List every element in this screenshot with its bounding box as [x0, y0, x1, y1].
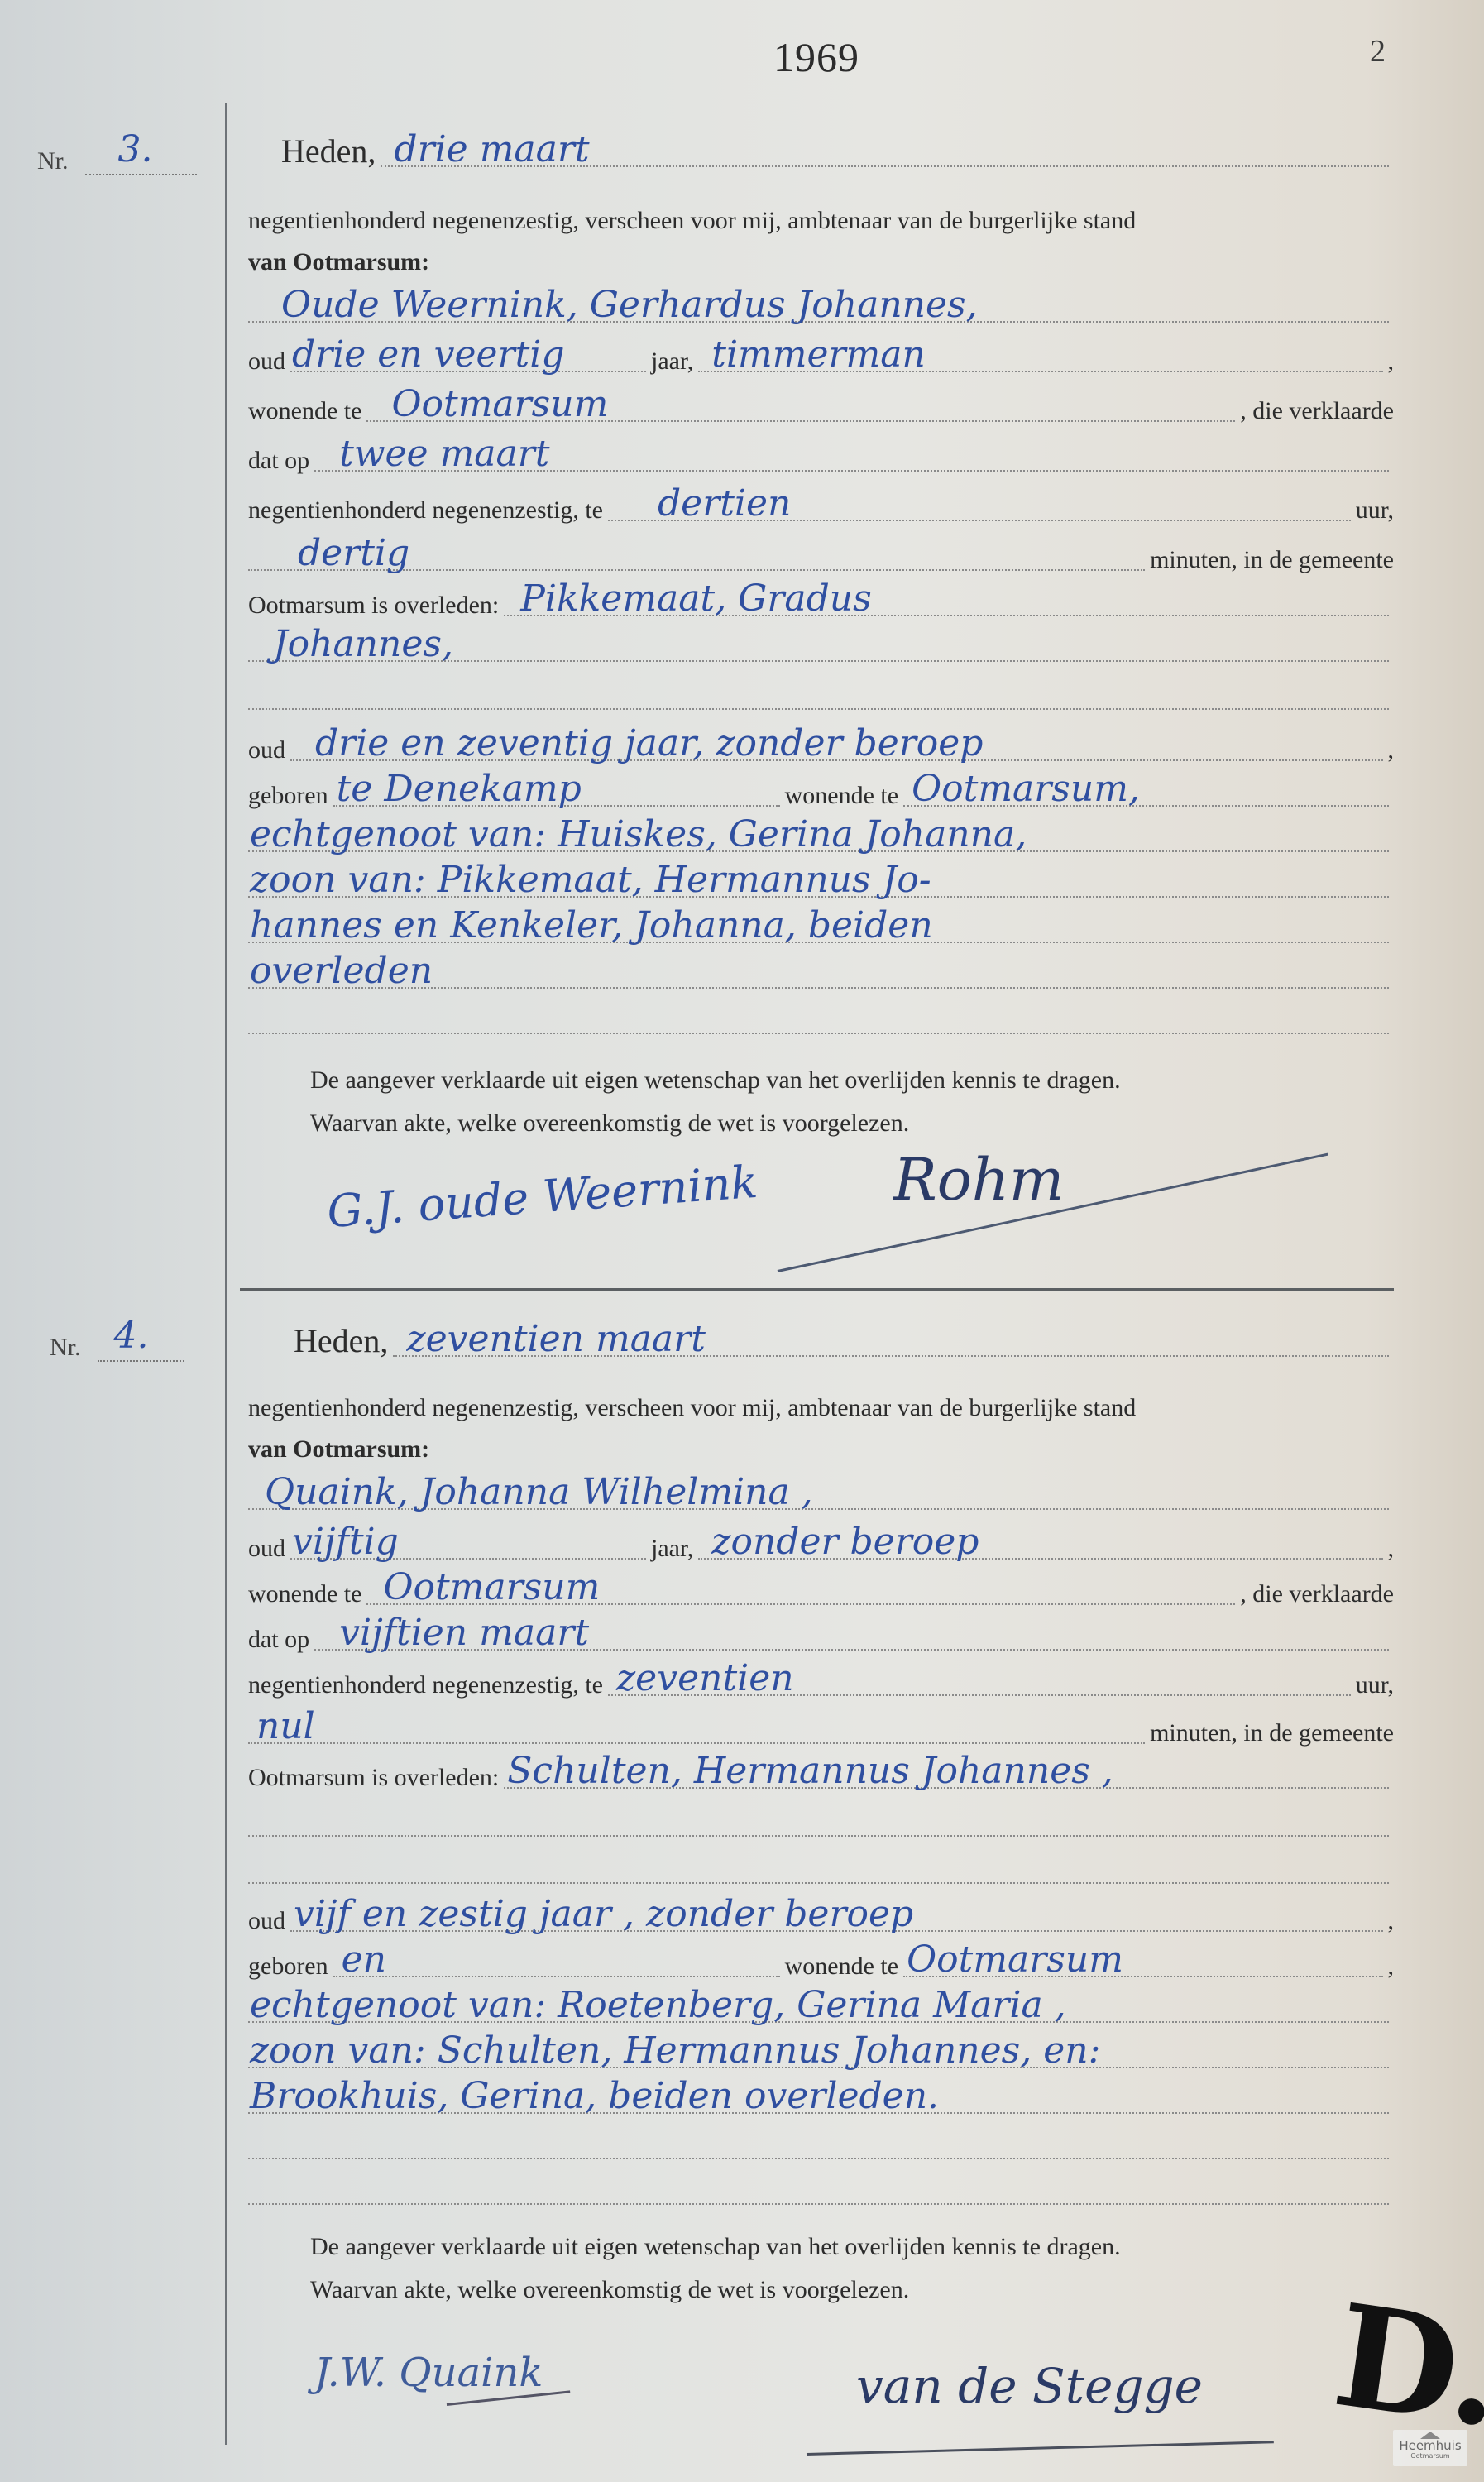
deceased-row-2: Johannes, — [248, 629, 1394, 670]
deceased-age-occupation: drie en zeventig jaar, zonder beroep — [315, 722, 983, 764]
municipality-row: van Ootmarsum: — [248, 240, 1394, 281]
death-date: twee maart — [339, 433, 549, 475]
death-date: vijftien maart — [339, 1612, 589, 1654]
year-text: negentienhonderd negenenzestig, te — [248, 1671, 603, 1704]
record-date: drie maart — [394, 128, 589, 170]
extra-line: hannes en Kenkeler, Johanna, beiden — [248, 910, 1394, 951]
comma: , — [1388, 1535, 1395, 1568]
closing-line-2: Waarvan akte, welke overeenkomstig de we… — [310, 2269, 1121, 2312]
municipality-row: van Ootmarsum: — [248, 1427, 1394, 1469]
dat-op-label: dat op — [248, 447, 309, 480]
extra-line: zoon van: Schulten, Hermannus Johannes, … — [248, 2035, 1394, 2077]
uur-label: uur, — [1356, 496, 1394, 529]
heemhuis-watermark: Heemhuis Ootmarsum — [1393, 2430, 1467, 2466]
death-hour: zeventien — [616, 1657, 794, 1699]
declarant-age: vijftig — [292, 1521, 399, 1563]
preamble-row: negentienhonderd negenenzestig, verschee… — [248, 1386, 1394, 1427]
death-date-row: dat op vijftien maart — [248, 1617, 1394, 1659]
deceased-name: Pikkemaat, Gradus — [520, 577, 871, 620]
blank-row — [248, 1001, 1394, 1042]
spouse-line: echtgenoot van: Huiskes, Gerina Johanna, — [250, 813, 1027, 855]
comma: , — [1388, 347, 1395, 381]
declarant-name: Oude Weernink, Gerhardus Johannes, — [281, 284, 978, 326]
declarant-residence-row: wonende te Ootmarsum , die verklaarde — [248, 389, 1394, 430]
born-row: geboren te Denekamp wonende te Ootmarsum… — [248, 774, 1394, 815]
closing-line-2: Waarvan akte, welke overeenkomstig de we… — [310, 1102, 1121, 1145]
record-date: zeventien maart — [406, 1318, 705, 1360]
closing-text: De aangever verklaarde uit eigen wetensc… — [310, 2226, 1121, 2312]
parents-line-cont: Brookhuis, Gerina, beiden overleden. — [250, 2075, 939, 2117]
blank-row — [248, 677, 1394, 718]
watermark-sub: Ootmarsum — [1393, 2452, 1467, 2460]
heden-label: Heden, — [281, 132, 376, 175]
geboren-label: geboren — [248, 1953, 328, 1986]
deceased-row: Ootmarsum is overleden: Schulten, Herman… — [248, 1756, 1394, 1797]
wonende-label: wonende te — [785, 1953, 898, 1986]
declarant-residence: Ootmarsum — [383, 1566, 600, 1608]
comma: , — [1388, 736, 1395, 769]
wonende-label: wonende te — [248, 1580, 361, 1613]
signature-flourish — [807, 2441, 1274, 2456]
oud-label: oud — [248, 1907, 285, 1940]
declarant-name-row: Quaink, Johanna Wilhelmina , — [248, 1477, 1394, 1518]
nr-label: Nr. — [50, 1334, 81, 1361]
residence: Ootmarsum, — [912, 768, 1140, 810]
deceased-name-cont: Johannes, — [273, 623, 453, 665]
comma: , — [1388, 1907, 1395, 1940]
overleden-label: Ootmarsum is overleden: — [248, 592, 499, 625]
death-minutes-row: dertig minuten, in de gemeente — [248, 538, 1394, 579]
dat-op-label: dat op — [248, 1626, 309, 1659]
parents-line: zoon van: Pikkemaat, Hermannus Jo- — [250, 859, 931, 901]
deceased-row: Ootmarsum is overleden: Pikkemaat, Gradu… — [248, 583, 1394, 625]
heden-label: Heden, — [294, 1321, 388, 1365]
closing-line-1: De aangever verklaarde uit eigen wetensc… — [310, 1059, 1121, 1102]
oud-label: oud — [248, 736, 285, 769]
page-number: 2 — [1370, 33, 1386, 69]
deceased-age-occupation: vijf en zestig jaar , zonder beroep — [294, 1893, 913, 1935]
spouse-line: echtgenoot van: Roetenberg, Gerina Maria… — [250, 1984, 1066, 2026]
oud-label: oud — [248, 347, 285, 381]
death-hour: dertien — [658, 482, 791, 525]
declarant-age-row: oud vijftig jaar, zonder beroep , — [248, 1526, 1394, 1568]
record-number-value: 4. — [114, 1315, 149, 1357]
declarant-residence-row: wonende te Ootmarsum , die verklaarde — [248, 1572, 1394, 1613]
closing-line-1: De aangever verklaarde uit eigen wetensc… — [310, 2226, 1121, 2269]
death-minutes: nul — [256, 1705, 315, 1747]
heden-row: Heden, zeventien maart — [294, 1324, 1394, 1365]
extra-line: echtgenoot van: Roetenberg, Gerina Maria… — [248, 1990, 1394, 2031]
extra-line: Brookhuis, Gerina, beiden overleden. — [248, 2081, 1394, 2122]
wonende-label: wonende te — [248, 397, 361, 430]
blank-row — [248, 1851, 1394, 1892]
death-hour-row: negentienhonderd negenenzestig, te zeven… — [248, 1663, 1394, 1704]
preamble-row: negentienhonderd negenenzestig, verschee… — [248, 199, 1394, 240]
minuten-label: minuten, in de gemeente — [1150, 546, 1394, 579]
declarant-name-row: Oude Weernink, Gerhardus Johannes, — [248, 290, 1394, 331]
record-number: Nr.3. — [37, 147, 197, 175]
die-verklaarde-label: , die verklaarde — [1240, 1580, 1394, 1613]
preamble-text: negentienhonderd negenenzestig, verschee… — [248, 1394, 1136, 1427]
geboren-label: geboren — [248, 782, 328, 815]
extra-line: echtgenoot van: Huiskes, Gerina Johanna, — [248, 819, 1394, 860]
parents-line: zoon van: Schulten, Hermannus Johannes, … — [250, 2029, 1100, 2072]
municipality-text: van Ootmarsum: — [248, 248, 429, 281]
preamble-text: negentienhonderd negenenzestig, verschee… — [248, 207, 1136, 240]
nr-label: Nr. — [37, 147, 69, 175]
declarant-residence: Ootmarsum — [391, 383, 608, 425]
record-separator — [240, 1288, 1394, 1291]
blank-row — [248, 2126, 1394, 2168]
comma: , — [1388, 1953, 1395, 1986]
heden-row: Heden, drie maart — [281, 134, 1394, 175]
jaar-label: jaar, — [651, 1535, 693, 1568]
deceased-age-row: oud drie en zeventig jaar, zonder beroep… — [248, 728, 1394, 769]
overleden-label: Ootmarsum is overleden: — [248, 1764, 499, 1797]
wonende-label: wonende te — [785, 782, 898, 815]
blank-row — [248, 2172, 1394, 2213]
declarant-signature: J.W. Quaink — [314, 2350, 543, 2396]
deceased-age-row: oud vijf en zestig jaar , zonder beroep … — [248, 1899, 1394, 1940]
official-signature: van de Stegge — [856, 2358, 1203, 2414]
oud-label: oud — [248, 1535, 285, 1568]
death-hour-row: negentienhonderd negenenzestig, te derti… — [248, 488, 1394, 529]
declarant-occupation: zonder beroep — [711, 1521, 979, 1563]
birthplace: en — [342, 1938, 386, 1981]
declarant-signature: G.J. oude Weernink — [325, 1156, 759, 1238]
year-text: negentienhonderd negenenzestig, te — [248, 496, 603, 529]
extra-line: zoon van: Pikkemaat, Hermannus Jo- — [248, 865, 1394, 906]
declarant-occupation: timmerman — [711, 333, 926, 376]
declarant-name: Quaink, Johanna Wilhelmina , — [265, 1471, 813, 1513]
record-number-value: 3. — [118, 128, 153, 170]
parents-line-cont: hannes en Kenkeler, Johanna, beiden — [250, 904, 933, 946]
death-minutes: dertig — [298, 532, 409, 574]
uur-label: uur, — [1356, 1671, 1394, 1704]
jaar-label: jaar, — [651, 347, 693, 381]
municipality-text: van Ootmarsum: — [248, 1435, 429, 1469]
declarant-age-row: oud drie en veertig jaar, timmerman , — [248, 339, 1394, 381]
watermark-name: Heemhuis — [1393, 2439, 1467, 2452]
margin-rule — [225, 103, 227, 2445]
die-verklaarde-label: , die verklaarde — [1240, 397, 1394, 430]
minuten-label: minuten, in de gemeente — [1150, 1719, 1394, 1752]
blank-row — [248, 1804, 1394, 1845]
official-signature: Rohm — [893, 1146, 1064, 1214]
death-minutes-row: nul minuten, in de gemeente — [248, 1711, 1394, 1752]
declarant-age: drie en veertig — [292, 333, 565, 376]
deceased-name: Schulten, Hermannus Johannes , — [507, 1750, 1113, 1792]
born-row: geboren en wonende te Ootmarsum , — [248, 1944, 1394, 1986]
status-line: overleden — [250, 950, 433, 992]
extra-line: overleden — [248, 956, 1394, 997]
death-date-row: dat op twee maart — [248, 438, 1394, 480]
closing-text: De aangever verklaarde uit eigen wetensc… — [310, 1059, 1121, 1145]
record-number: Nr.4. — [50, 1334, 184, 1362]
register-year: 1969 — [773, 33, 859, 81]
birthplace: te Denekamp — [337, 768, 582, 810]
residence: Ootmarsum — [907, 1938, 1123, 1981]
